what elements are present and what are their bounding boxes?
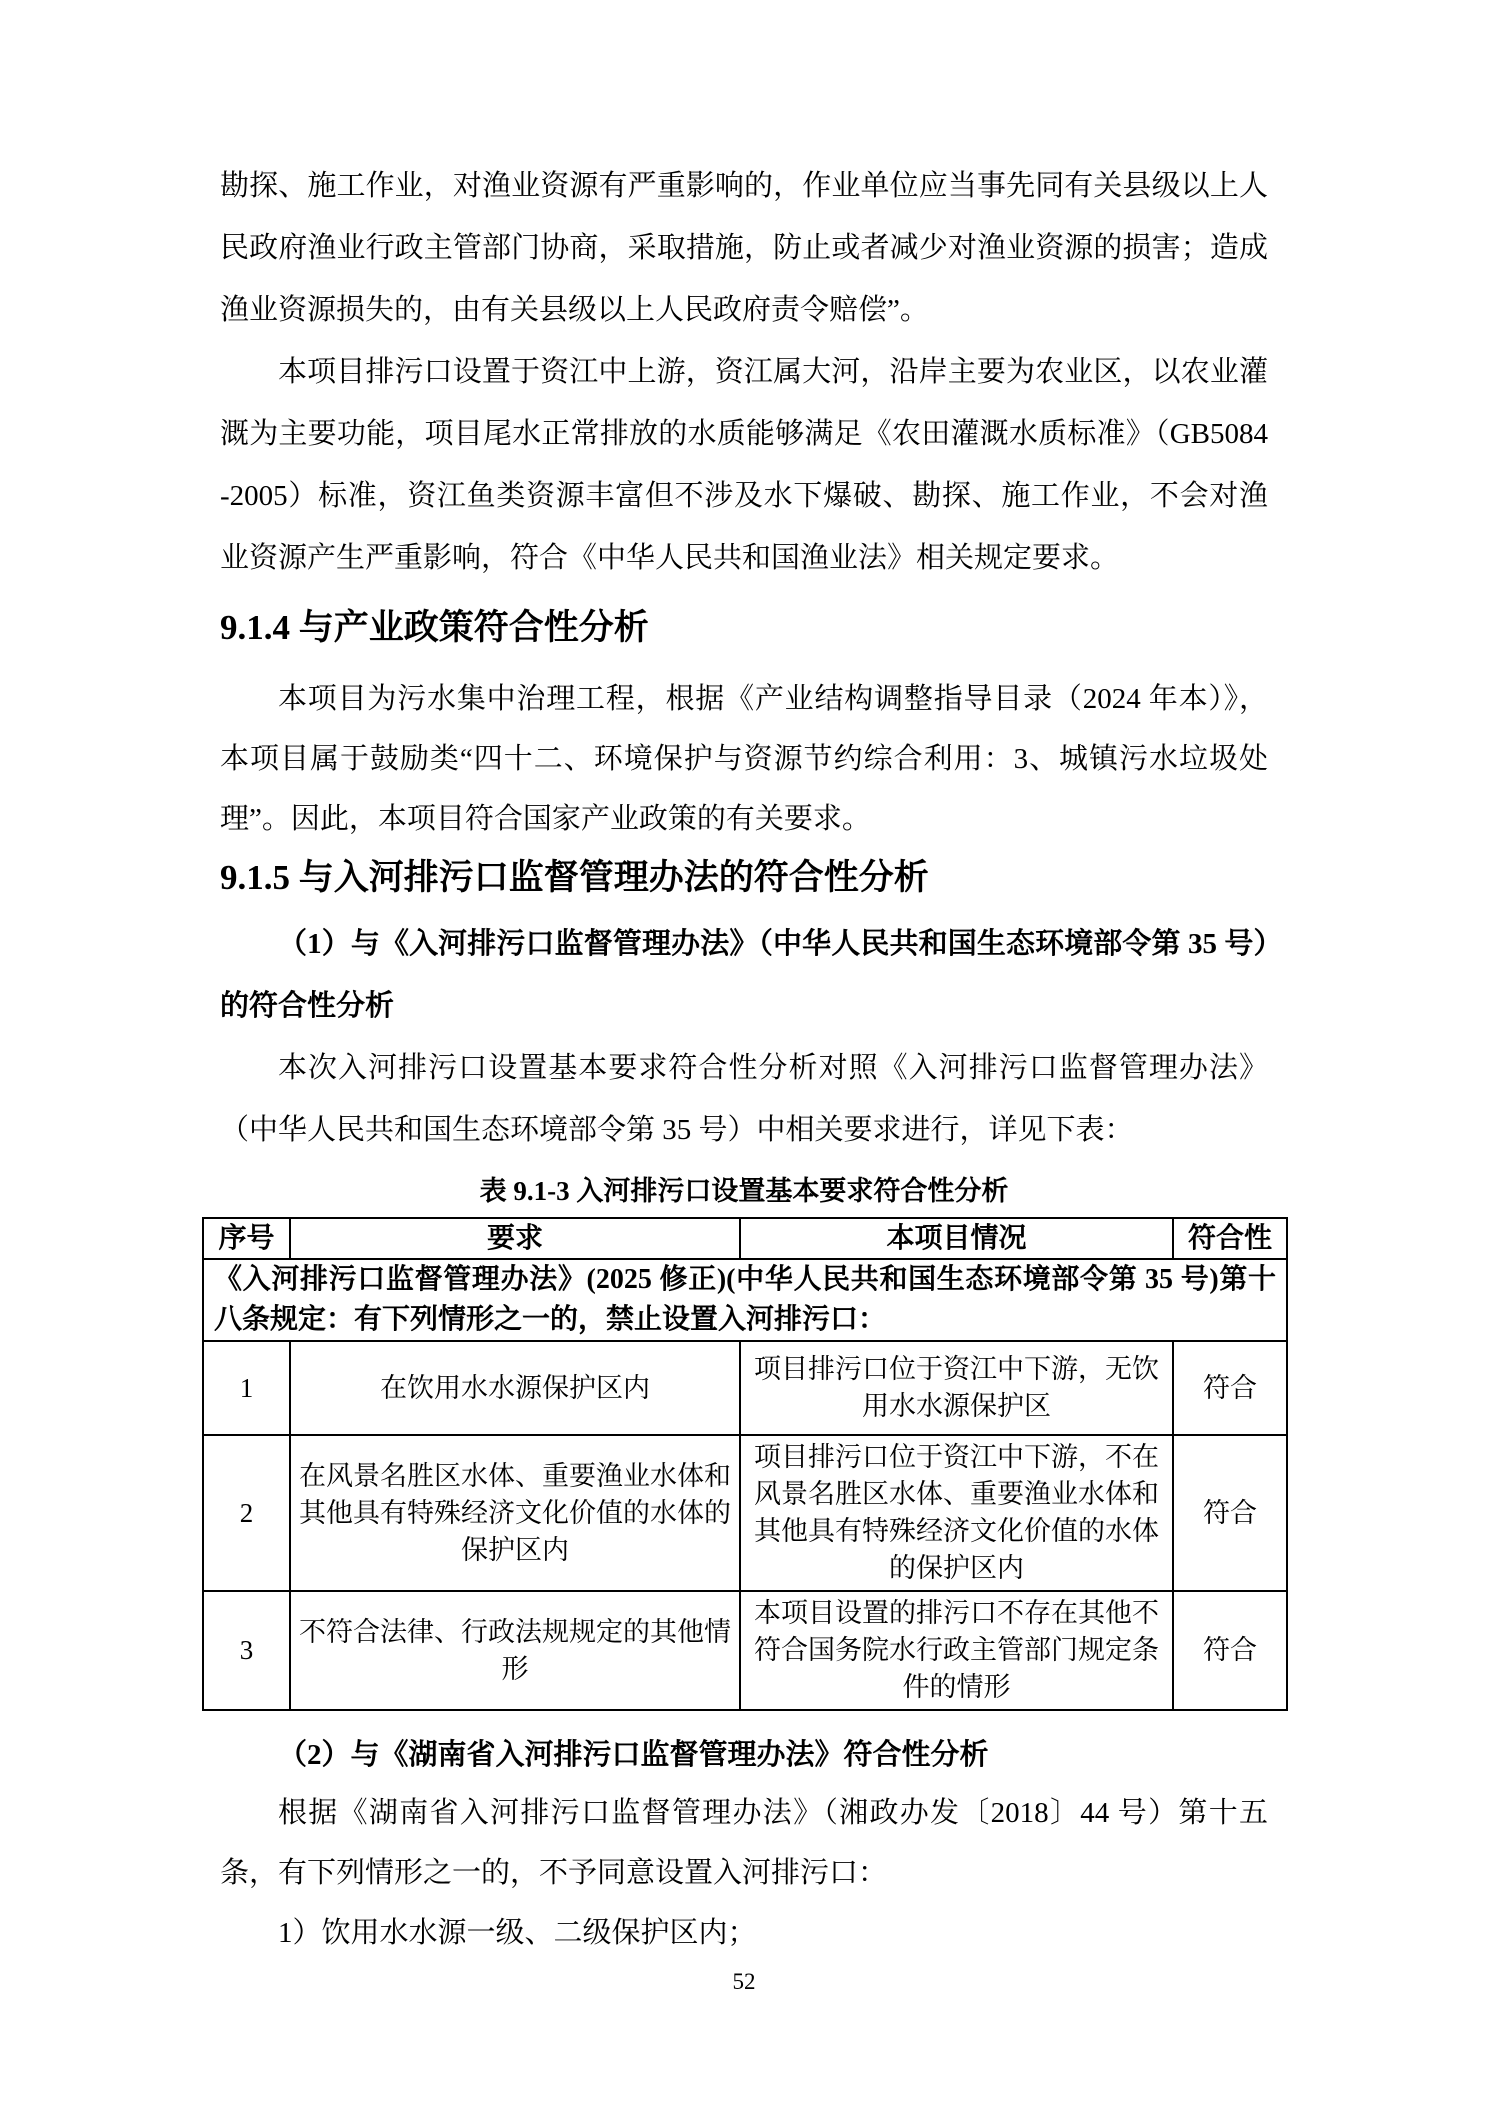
table-row: 1 在饮用水水源保护区内 项目排污口位于资江中下游，无饮用水水源保护区 符合 bbox=[203, 1341, 1287, 1435]
cell-no: 3 bbox=[203, 1591, 290, 1710]
col-header-situation: 本项目情况 bbox=[740, 1218, 1173, 1259]
cell-no: 1 bbox=[203, 1341, 290, 1435]
cell-situation: 项目排污口位于资江中下游，不在风景名胜区水体、重要渔业水体和其他具有特殊经济文化… bbox=[740, 1435, 1173, 1591]
page-content: 勘探、施工作业，对渔业资源有严重影响的，作业单位应当事先同有关县级以上人民政府渔… bbox=[202, 155, 1286, 1997]
table-head: 序号 要求 本项目情况 符合性 bbox=[203, 1218, 1287, 1259]
cell-situation: 项目排污口位于资江中下游，无饮用水水源保护区 bbox=[740, 1341, 1173, 1435]
cell-conformity: 符合 bbox=[1173, 1591, 1287, 1710]
compliance-table: 序号 要求 本项目情况 符合性 《入河排污口监督管理办法》(2025 修正)(中… bbox=[202, 1217, 1288, 1711]
paragraph-hunan-measures: 根据《湖南省入河排污口监督管理办法》（湘政办发〔2018〕44 号）第十五条，有… bbox=[202, 1783, 1286, 1903]
col-header-seq: 序号 bbox=[203, 1218, 290, 1259]
paragraph-comparison: 本次入河排污口设置基本要求符合性分析对照《入河排污口监督管理办法》（中华人民共和… bbox=[202, 1037, 1286, 1161]
cell-conformity: 符合 bbox=[1173, 1341, 1287, 1435]
heading-9-1-5: 9.1.5 与入河排污口监督管理办法的符合性分析 bbox=[202, 851, 1286, 905]
page-number: 52 bbox=[202, 1967, 1286, 1997]
table-span-cell: 《入河排污口监督管理办法》(2025 修正)(中华人民共和国生态环境部令第 35… bbox=[203, 1259, 1287, 1341]
cell-no: 2 bbox=[203, 1435, 290, 1591]
cell-requirement: 在风景名胜区水体、重要渔业水体和其他具有特殊经济文化价值的水体的保护区内 bbox=[290, 1435, 740, 1591]
cell-requirement: 不符合法律、行政法规规定的其他情形 bbox=[290, 1591, 740, 1710]
subheading-2: （2）与《湖南省入河排污口监督管理办法》符合性分析 bbox=[202, 1727, 1286, 1783]
paragraph-industrial-policy: 本项目为污水集中治理工程，根据《产业结构调整指导目录（2024 年本）》，本项目… bbox=[202, 669, 1286, 849]
table-caption: 表 9.1-3 入河排污口设置基本要求符合性分析 bbox=[202, 1171, 1286, 1211]
document-page: 勘探、施工作业，对渔业资源有严重影响的，作业单位应当事先同有关县级以上人民政府渔… bbox=[0, 0, 1488, 2104]
cell-requirement: 在饮用水水源保护区内 bbox=[290, 1341, 740, 1435]
paragraph-item-1: 1）饮用水水源一级、二级保护区内； bbox=[202, 1903, 1286, 1963]
col-header-conformity: 符合性 bbox=[1173, 1218, 1287, 1259]
table-body: 《入河排污口监督管理办法》(2025 修正)(中华人民共和国生态环境部令第 35… bbox=[203, 1259, 1287, 1710]
cell-situation: 本项目设置的排污口不存在其他不符合国务院水行政主管部门规定条件的情形 bbox=[740, 1591, 1173, 1710]
cell-conformity: 符合 bbox=[1173, 1435, 1287, 1591]
paragraph-fisheries-continuation: 勘探、施工作业，对渔业资源有严重影响的，作业单位应当事先同有关县级以上人民政府渔… bbox=[202, 155, 1286, 341]
paragraph-project-outfall: 本项目排污口设置于资江中上游，资江属大河，沿岸主要为农业区，以农业灌溉为主要功能… bbox=[202, 341, 1286, 589]
table-span-row: 《入河排污口监督管理办法》(2025 修正)(中华人民共和国生态环境部令第 35… bbox=[203, 1259, 1287, 1341]
subheading-1: （1）与《入河排污口监督管理办法》（中华人民共和国生态环境部令第 35 号）的符… bbox=[202, 913, 1286, 1037]
heading-9-1-4: 9.1.4 与产业政策符合性分析 bbox=[202, 601, 1286, 655]
table-row: 3 不符合法律、行政法规规定的其他情形 本项目设置的排污口不存在其他不符合国务院… bbox=[203, 1591, 1287, 1710]
table-header-row: 序号 要求 本项目情况 符合性 bbox=[203, 1218, 1287, 1259]
table-row: 2 在风景名胜区水体、重要渔业水体和其他具有特殊经济文化价值的水体的保护区内 项… bbox=[203, 1435, 1287, 1591]
col-header-requirement: 要求 bbox=[290, 1218, 740, 1259]
